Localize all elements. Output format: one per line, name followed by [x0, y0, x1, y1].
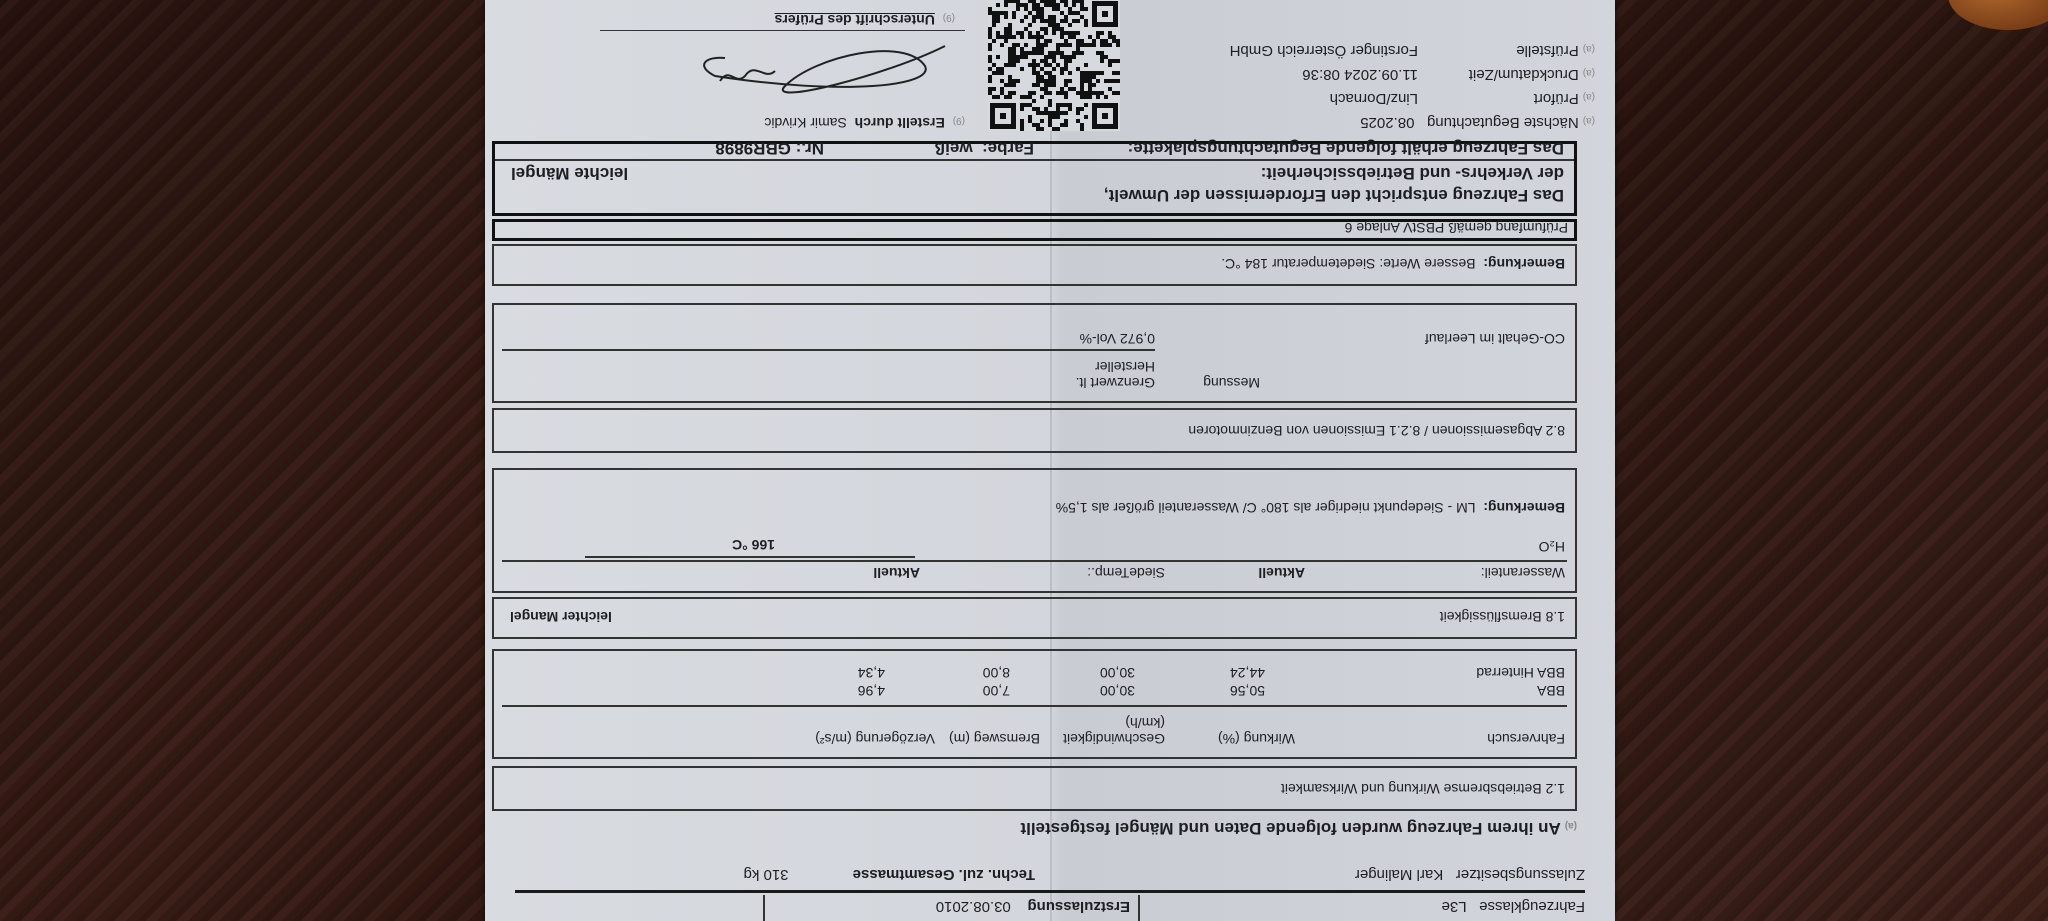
- remark2-text: Bessere Werte: Siedetemperatur 184 °C.: [1221, 256, 1475, 272]
- wasser-unit: H₂O: [1539, 539, 1565, 555]
- brake-table: Fahrversuch Wirkung (%) Geschwindigkeit …: [492, 649, 1577, 759]
- signature-line: [600, 30, 965, 31]
- remark-label: Bemerkung:: [1483, 500, 1565, 516]
- co-label: CO-Gehalt im Leerlauf: [1425, 331, 1565, 347]
- plakette-farbe: Farbe: weiß: [935, 138, 1034, 158]
- erstellt-label: Erstellt durch: [855, 115, 945, 131]
- scope-text: Prüfumfang gemäß PBStV Anlage 6: [1345, 220, 1568, 236]
- fahrzeugklasse: Fahrzeugklasse L3e: [1442, 898, 1585, 915]
- fluid-rule: [502, 560, 1567, 562]
- pruefort-value: Linz/Dornach: [1330, 90, 1418, 107]
- emission-table: Messung Grenzwert lt. Hersteller CO-Geha…: [492, 303, 1577, 403]
- druck-value: 11.09.2024 08:36: [1302, 66, 1418, 83]
- fluid-title: 1.8 Bremsflüssigkeit: [1440, 609, 1565, 625]
- farbe-value: weiß: [935, 139, 973, 158]
- result-box: Das Fahrzeug entspricht den Erforderniss…: [492, 141, 1577, 216]
- naechste-label: Nächste Begutachtung: [1427, 114, 1579, 131]
- erstellt-durch: (9) Erstellt durch Samir Krivdic: [764, 115, 965, 131]
- remark2-label: Bemerkung:: [1483, 256, 1565, 272]
- inspection-report-paper: Fahrzeugklasse L3e Erstzulassung 03.08.2…: [485, 0, 1615, 921]
- nr-value: GBR9898: [715, 139, 791, 158]
- nr-label: Nr.:: [796, 139, 824, 158]
- fahrzeugklasse-label: Fahrzeugklasse: [1479, 898, 1585, 915]
- intro-heading: (a)An ihrem Fahrzeug wurden folgende Dat…: [1020, 818, 1577, 838]
- cell: 7,00: [983, 683, 1010, 699]
- qr-finder: [1092, 103, 1118, 129]
- remark2-box: Bemerkung: Bessere Werte: Siedetemperatu…: [492, 244, 1577, 286]
- farbe-label: Farbe:: [982, 139, 1034, 158]
- fluid-rule-2: [585, 556, 915, 558]
- zulassungsbesitzer-label: Zulassungsbesitzer: [1456, 866, 1585, 883]
- scope-box: Prüfumfang gemäß PBStV Anlage 6: [492, 219, 1577, 241]
- druckdatum: (a)Druckdatum/Zeit: [1469, 66, 1595, 83]
- plakette-text: Das Fahrzeug erhält folgende Begutachtun…: [1128, 138, 1564, 158]
- qr-finder: [1092, 1, 1118, 27]
- naechste-value: 08.2025: [1360, 114, 1414, 131]
- divider: [1138, 895, 1140, 921]
- cell: 44,24: [1230, 665, 1265, 681]
- brake-section-title-box: 1.2 Betriebsbremse Wirkung und Wirksamke…: [492, 766, 1577, 811]
- naechste-begutachtung: (a)Nächste Begutachtung 08.2025: [1360, 114, 1595, 131]
- fluid-table: Wasseranteil: Aktuell SiedeTemp.: Aktuel…: [492, 468, 1577, 593]
- zulassungsbesitzer-value: Karl Malinger: [1355, 866, 1443, 883]
- wasser-label: Wasseranteil:: [1481, 565, 1565, 581]
- co-value: 0,972 Vol-%: [1080, 331, 1156, 347]
- gesamtmasse-value: 310 kg: [743, 866, 788, 883]
- bowl-edge: [1948, 0, 2048, 30]
- signature: [665, 36, 965, 116]
- cell: 30,00: [1100, 683, 1135, 699]
- erstzulassung-value: 03.08.2010: [936, 898, 1011, 915]
- fluid-status: leichter Mangel: [510, 609, 612, 625]
- unterschrift: (9) Unterschrift des Prüfers: [775, 12, 955, 28]
- cell: 4,96: [858, 683, 885, 699]
- cell: 50,56: [1230, 683, 1265, 699]
- col-wirkung: Wirkung (%): [1218, 731, 1295, 747]
- col-verzoegerung: Verzögerung (m/s²): [815, 731, 935, 747]
- result-line1: Das Fahrzeug entspricht den Erforderniss…: [1104, 185, 1564, 205]
- erstzulassung: Erstzulassung 03.08.2010: [936, 898, 1130, 915]
- emission-rule: [502, 349, 1155, 351]
- druck-label: Druckdatum/Zeit: [1469, 66, 1579, 83]
- qr-code: [988, 0, 1120, 131]
- erstellt-num: (9): [953, 115, 965, 126]
- col-fahrversuch: Fahrversuch: [1487, 731, 1565, 747]
- erstzulassung-label: Erstzulassung: [1027, 898, 1130, 915]
- report-content-rotated: Fahrzeugklasse L3e Erstzulassung 03.08.2…: [485, 0, 1615, 921]
- brake-section-title: 1.2 Betriebsbremse Wirkung und Wirksamke…: [1281, 781, 1565, 797]
- pruefstelle: (a)Prüfstelle: [1516, 42, 1595, 59]
- emission-title-box: 8.2 Abgasemissionen / 8.2.1 Emissionen v…: [492, 408, 1577, 453]
- cell: 8,00: [983, 665, 1010, 681]
- fahrzeugklasse-value: L3e: [1442, 898, 1467, 915]
- result-rule: [495, 159, 1574, 161]
- result-verdict: leichte Mängel: [511, 163, 628, 183]
- plakette-nr: Nr.: GBR9898: [715, 138, 824, 158]
- gesamtmasse: Techn. zul. Gesamtmasse 310 kg: [743, 866, 1035, 883]
- divider: [763, 895, 765, 921]
- remark2: Bemerkung: Bessere Werte: Siedetemperatu…: [1221, 256, 1565, 272]
- unterschrift-label: Unterschrift des Prüfers: [775, 12, 935, 28]
- siede-label: SiedeTemp.:: [1087, 565, 1165, 581]
- fluid-title-box: 1.8 Bremsflüssigkeit leichter Mangel: [492, 597, 1577, 639]
- header-rule: [515, 890, 1585, 893]
- remark-text: LM - Siedepunkt niedriger als 180° C/ Wa…: [1056, 500, 1476, 516]
- unterschrift-num: (9): [943, 12, 955, 23]
- col-geschwindigkeit: Geschwindigkeit (km/h): [1050, 715, 1165, 747]
- col-bremsweg: Bremsweg (m): [949, 731, 1040, 747]
- qr-finder: [990, 103, 1016, 129]
- pruefort-label: Prüfort: [1534, 90, 1579, 107]
- emission-title: 8.2 Abgasemissionen / 8.2.1 Emissionen v…: [1188, 423, 1565, 439]
- pruefort: (a)Prüfort: [1534, 90, 1595, 107]
- fluid-remark: Bemerkung: LM - Siedepunkt niedriger als…: [1056, 500, 1565, 516]
- pruefstelle-value: Forstinger Österreich GmbH: [1230, 42, 1418, 59]
- siede-col: Aktuell: [873, 565, 920, 581]
- zulassungsbesitzer: Zulassungsbesitzer Karl Malinger: [1355, 866, 1585, 883]
- siede-value: 166 °C: [732, 537, 775, 553]
- intro-text: An ihrem Fahrzeug wurden folgende Daten …: [1020, 819, 1560, 838]
- cell: 30,00: [1100, 665, 1135, 681]
- wasser-col: Aktuell: [1258, 565, 1305, 581]
- result-line2: der Verkehrs- und Betriebssicherheit:: [1261, 163, 1564, 183]
- col-grenzwert: Grenzwert lt. Hersteller: [1065, 359, 1155, 391]
- erstellt-value: Samir Krivdic: [764, 115, 846, 131]
- gesamtmasse-label: Techn. zul. Gesamtmasse: [853, 866, 1035, 883]
- table-header-rule: [502, 705, 1567, 707]
- cell: BBA Hinterrad: [1476, 665, 1565, 681]
- cell: BBA: [1537, 683, 1565, 699]
- col-messung: Messung: [1203, 375, 1260, 391]
- cell: 4,34: [858, 665, 885, 681]
- pruefstelle-label: Prüfstelle: [1516, 42, 1579, 59]
